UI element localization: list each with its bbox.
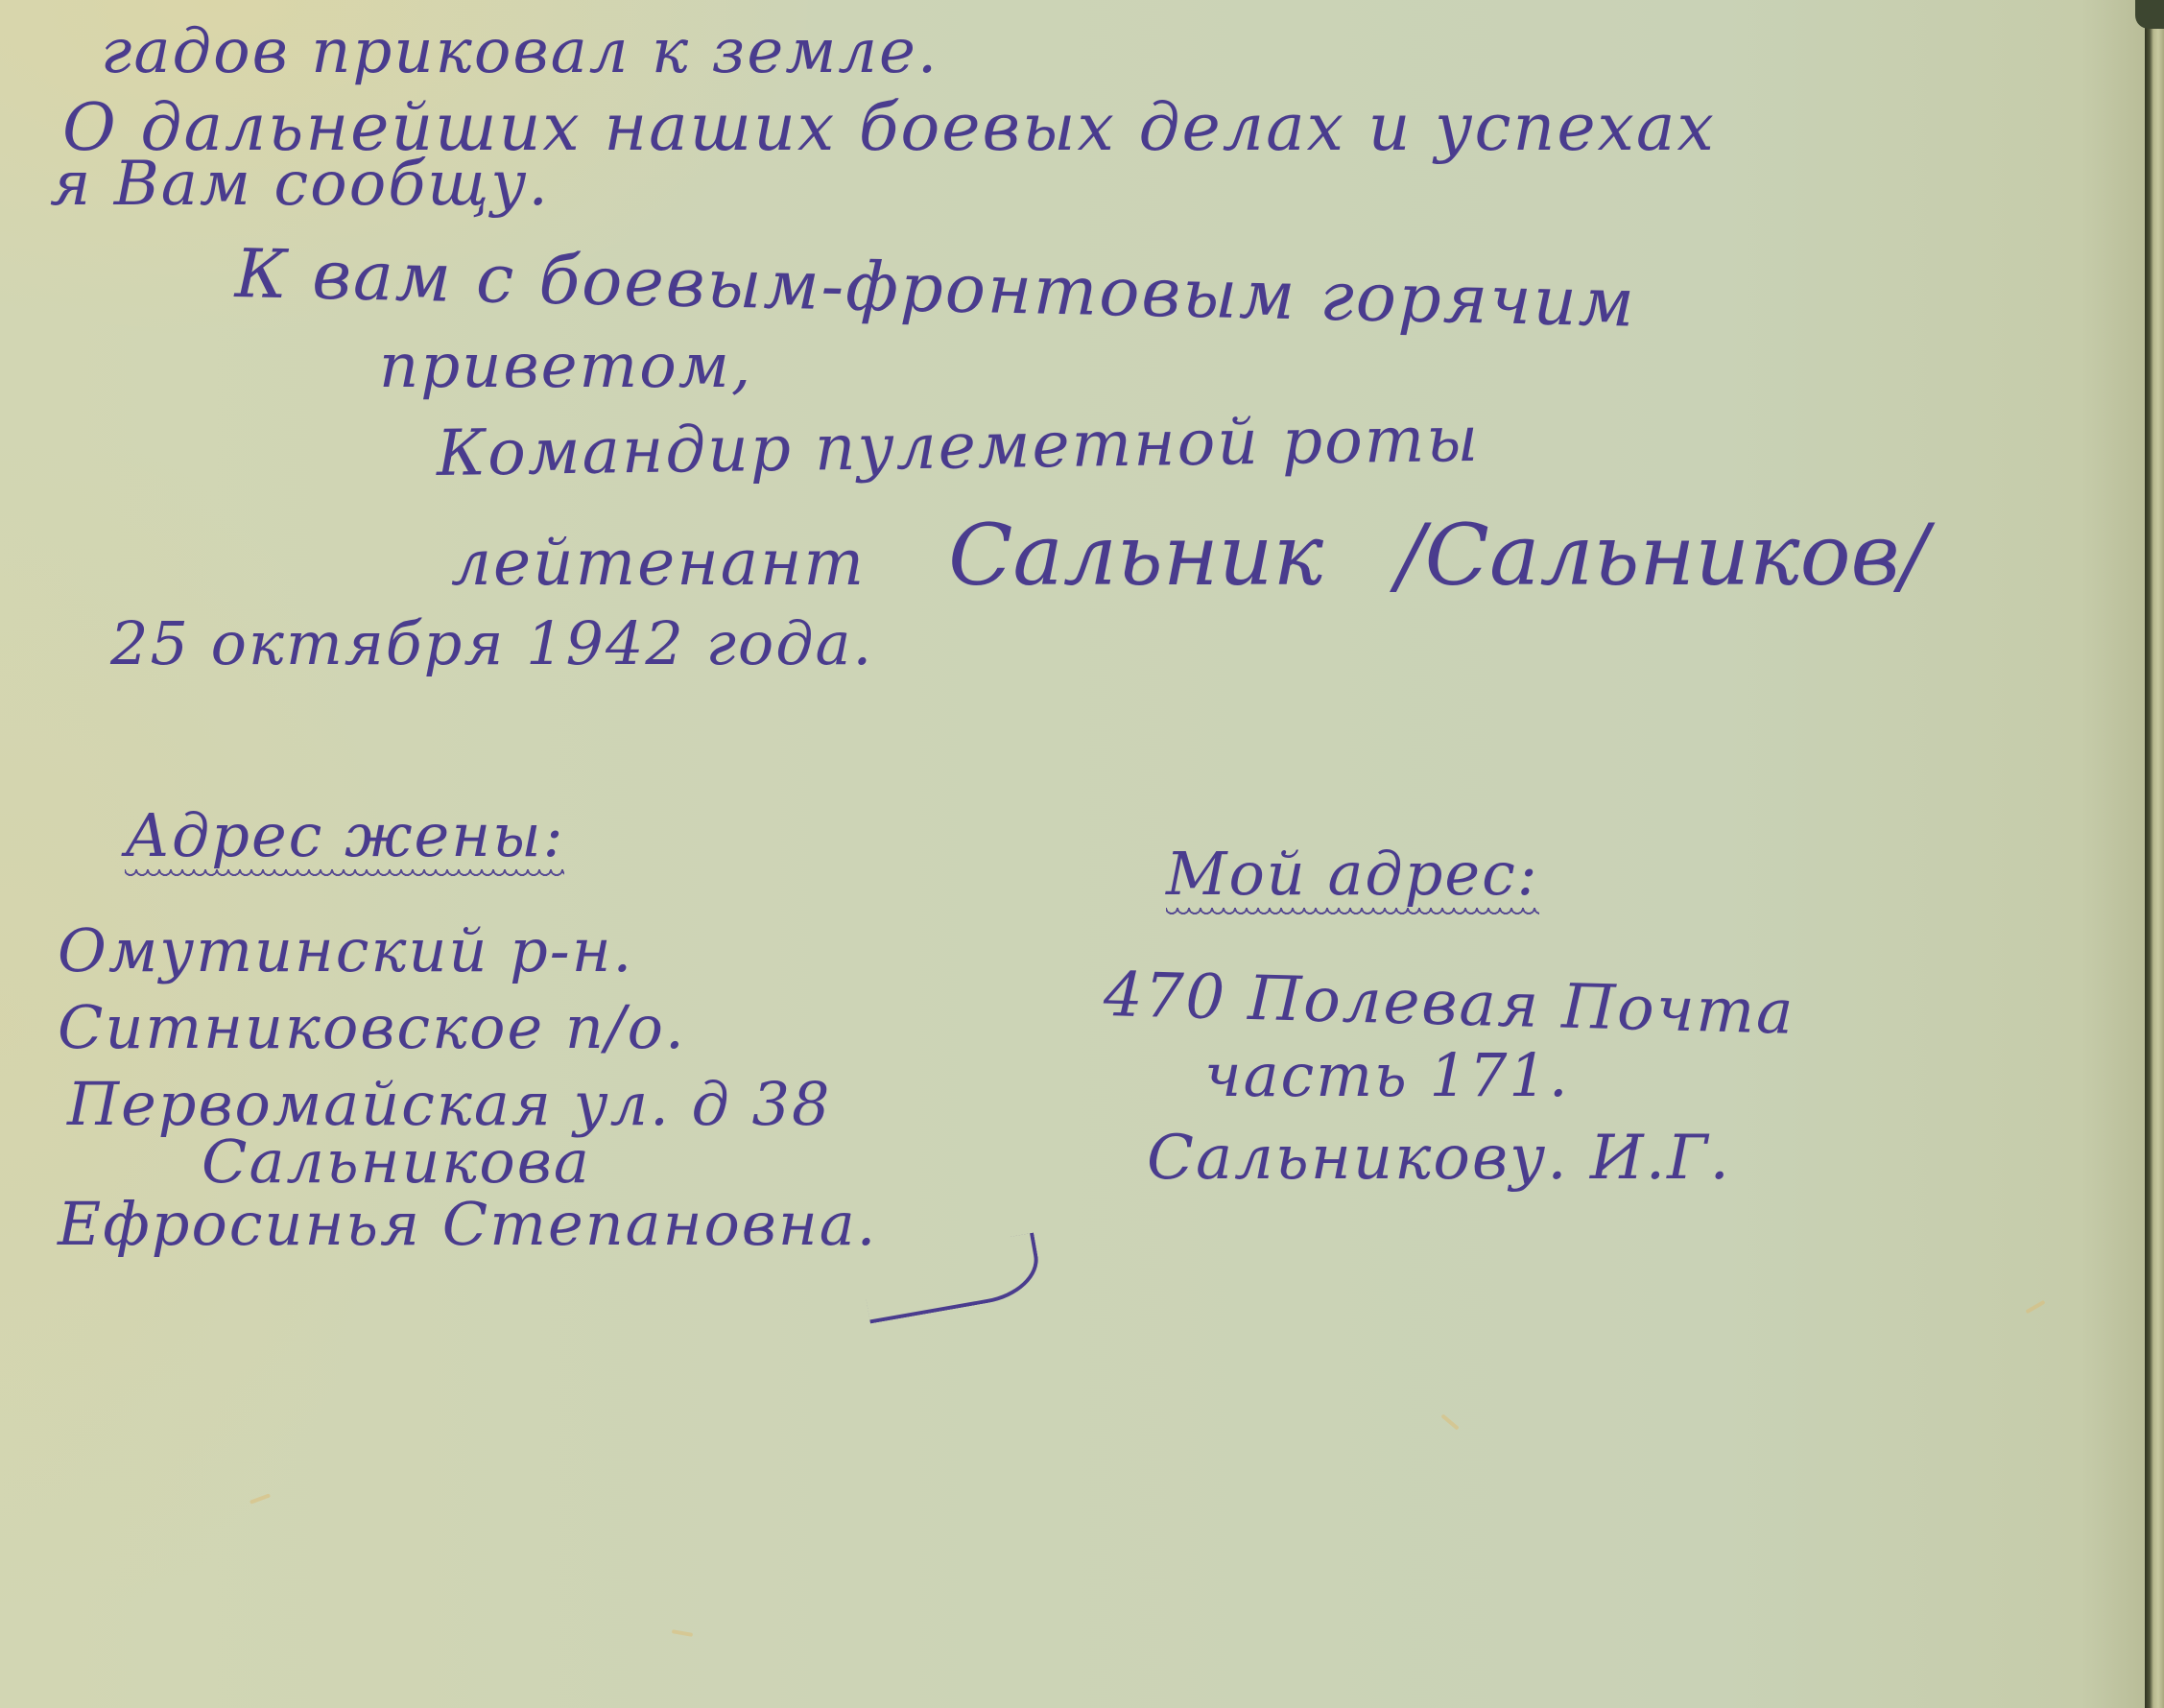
letter-line: гадов приковал к земле. <box>101 21 939 83</box>
wife-address-line: Ситниковское п/о. <box>58 998 686 1057</box>
paper-fiber <box>2025 1300 2045 1314</box>
paper-fiber <box>250 1493 271 1504</box>
my-address-line: Сальникову. И.Г. <box>1147 1127 1731 1189</box>
page-corner-shadow <box>2135 0 2164 29</box>
wife-address-line: Ефросинья Степановна. <box>58 1195 877 1254</box>
greeting-line: К вам с боевым-фронтовым горячим <box>234 240 1636 337</box>
wavy-underline <box>1166 908 1539 921</box>
wife-address-heading: Адрес жены: <box>125 806 564 892</box>
my-address-line: 470 Полевая Почта <box>1103 964 1795 1044</box>
signature: Сальник <box>948 506 1323 605</box>
my-address-heading: Мой адрес: <box>1166 844 1539 931</box>
wife-address-line: Первомайская ул. д 38 <box>67 1075 831 1134</box>
greeting-line: приветом, <box>379 336 752 397</box>
my-address-line: часть 171. <box>1204 1046 1570 1105</box>
letter-line: я Вам сообщу. <box>50 154 550 215</box>
paper-fiber <box>672 1629 693 1637</box>
signature-line: лейтенант Сальник /Сальников/ <box>451 513 1928 598</box>
wife-address-heading-text: Адрес жены: <box>125 800 564 870</box>
paper-fiber <box>1440 1413 1459 1430</box>
letter-date: 25 октября 1942 года. <box>110 614 873 674</box>
book-spine <box>2145 0 2164 1708</box>
wife-address-line: Омутинский р-н. <box>58 921 633 981</box>
signature-rank: лейтенант <box>451 526 866 600</box>
wavy-underline <box>125 869 564 883</box>
signature-title: Командир пулеметной роты <box>437 408 1481 486</box>
ink-flourish <box>860 1233 1044 1324</box>
letter-page: гадов приковал к земле. О дальнейших наш… <box>0 0 2145 1708</box>
signature-name: /Сальников/ <box>1396 506 1928 605</box>
my-address-heading-text: Мой адрес: <box>1166 839 1539 909</box>
wife-address-line: Сальникова <box>202 1132 591 1192</box>
